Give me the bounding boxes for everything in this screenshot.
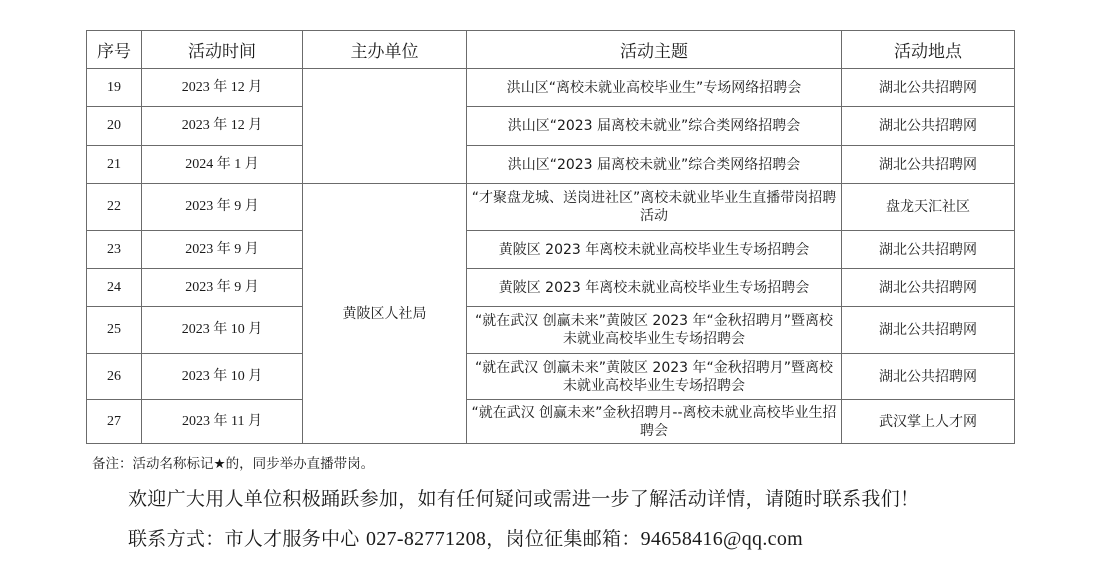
row-topic: “就在武汉 创赢未来”金秋招聘月--离校未就业高校毕业生招聘会 [467,400,842,444]
organizer-cell: 黄陂区人社局 [303,184,467,444]
row-no: 26 [87,354,142,400]
row-time: 2023 年 12 月 [142,69,303,107]
row-topic: 黄陂区 2023 年离校未就业高校毕业生专场招聘会 [467,269,842,307]
row-time: 2023 年 10 月 [142,354,303,400]
row-no: 27 [87,400,142,444]
table-row: 19 2023 年 12 月 洪山区“离校未就业高校毕业生”专场网络招聘会 湖北… [87,69,1015,107]
row-time: 2023 年 12 月 [142,107,303,146]
row-place: 湖北公共招聘网 [842,354,1015,400]
row-topic: “就在武汉 创赢未来”黄陂区 2023 年“金秋招聘月”暨离校未就业高校毕业生专… [467,354,842,400]
row-place: 盘龙天汇社区 [842,184,1015,231]
row-no: 25 [87,307,142,354]
contact-info: 联系方式：市人才服务中心 027-82771208，岗位征集邮箱：9465841… [128,524,803,551]
row-topic: “才聚盘龙城、送岗进社区”离校未就业毕业生直播带岗招聘活动 [467,184,842,231]
row-no: 24 [87,269,142,307]
contact-phone: 027-82771208 [366,528,486,550]
contact-email: 94658416@qq.com [641,528,803,550]
row-time: 2023 年 10 月 [142,307,303,354]
row-time: 2023 年 9 月 [142,269,303,307]
header-organizer: 主办单位 [303,31,467,69]
table-row: 21 2024 年 1 月 洪山区“2023 届离校未就业”综合类网络招聘会 湖… [87,146,1015,184]
table-row: 27 2023 年 11 月 “就在武汉 创赢未来”金秋招聘月--离校未就业高校… [87,400,1015,444]
row-topic: 洪山区“离校未就业高校毕业生”专场网络招聘会 [467,69,842,107]
row-time: 2023 年 11 月 [142,400,303,444]
table-row: 24 2023 年 9 月 黄陂区 2023 年离校未就业高校毕业生专场招聘会 … [87,269,1015,307]
header-place: 活动地点 [842,31,1015,69]
row-place: 湖北公共招聘网 [842,231,1015,269]
header-topic: 活动主题 [467,31,842,69]
row-topic: 洪山区“2023 届离校未就业”综合类网络招聘会 [467,146,842,184]
header-time: 活动时间 [142,31,303,69]
row-place: 武汉掌上人才网 [842,400,1015,444]
row-no: 20 [87,107,142,146]
row-time: 2023 年 9 月 [142,184,303,231]
organizer-cell [303,69,467,184]
table-row: 22 2023 年 9 月 黄陂区人社局 “才聚盘龙城、送岗进社区”离校未就业毕… [87,184,1015,231]
footnote: 备注：活动名称标记★的，同步举办直播带岗。 [92,452,374,472]
activities-table: 序号 活动时间 主办单位 活动主题 活动地点 19 2023 年 12 月 洪山… [86,30,1015,444]
row-no: 23 [87,231,142,269]
welcome-message: 欢迎广大用人单位积极踊跃参加，如有任何疑问或需进一步了解活动详情，请随时联系我们… [128,484,919,511]
row-place: 湖北公共招聘网 [842,269,1015,307]
row-place: 湖北公共招聘网 [842,146,1015,184]
row-place: 湖北公共招聘网 [842,69,1015,107]
row-topic: 黄陂区 2023 年离校未就业高校毕业生专场招聘会 [467,231,842,269]
row-no: 22 [87,184,142,231]
table-header-row: 序号 活动时间 主办单位 活动主题 活动地点 [87,31,1015,69]
table-row: 23 2023 年 9 月 黄陂区 2023 年离校未就业高校毕业生专场招聘会 … [87,231,1015,269]
table-row: 20 2023 年 12 月 洪山区“2023 届离校未就业”综合类网络招聘会 … [87,107,1015,146]
row-no: 21 [87,146,142,184]
row-no: 19 [87,69,142,107]
table-row: 26 2023 年 10 月 “就在武汉 创赢未来”黄陂区 2023 年“金秋招… [87,354,1015,400]
row-time: 2024 年 1 月 [142,146,303,184]
contact-label: 联系方式：市人才服务中心 [128,528,360,550]
activities-table-container: 序号 活动时间 主办单位 活动主题 活动地点 19 2023 年 12 月 洪山… [86,30,1015,444]
row-topic: 洪山区“2023 届离校未就业”综合类网络招聘会 [467,107,842,146]
header-no: 序号 [87,31,142,69]
row-place: 湖北公共招聘网 [842,107,1015,146]
row-place: 湖北公共招聘网 [842,307,1015,354]
row-topic: “就在武汉 创赢未来”黄陂区 2023 年“金秋招聘月”暨离校未就业高校毕业生专… [467,307,842,354]
contact-separator: ，岗位征集邮箱： [486,528,640,550]
table-row: 25 2023 年 10 月 “就在武汉 创赢未来”黄陂区 2023 年“金秋招… [87,307,1015,354]
row-time: 2023 年 9 月 [142,231,303,269]
